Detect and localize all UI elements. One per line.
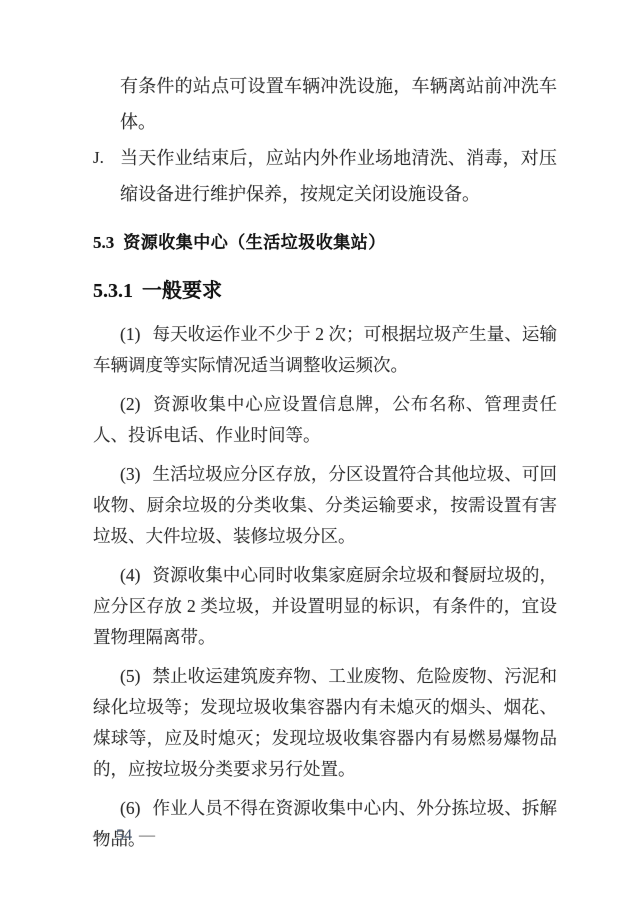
section-heading: 5.3资源收集中心（生活垃圾收集站） — [93, 231, 557, 255]
list-item-text: 当天作业结束后，应站内外作业场地清洗、消毒，对压缩设备进行维护保养，按规定关闭设… — [120, 148, 557, 204]
page-content: 有条件的站点可设置车辆冲洗设施，车辆离站前冲洗车体。 J. 当天作业结束后，应站… — [93, 68, 557, 855]
section-number: 5.3 — [93, 233, 114, 252]
paragraph-text: 作业人员不得在资源收集中心内、外分拣垃圾、拆解物品。 — [93, 798, 557, 849]
paragraph-text: 资源收集中心同时收集家庭厨余垃圾和餐厨垃圾的，应分区存放 2 类垃圾，并设置明显… — [93, 565, 557, 647]
paragraph-text: 每天收运作业不少于 2 次；可根据垃圾产生量、运输车辆调度等实际情况适当调整收运… — [93, 324, 557, 375]
section-title: 资源收集中心（生活垃圾收集站） — [123, 233, 386, 252]
subsection-number: 5.3.1 — [93, 280, 133, 302]
paragraph-number: (1) — [120, 324, 140, 344]
numbered-paragraph-6: (6)作业人员不得在资源收集中心内、外分拣垃圾、拆解物品。 — [93, 793, 557, 855]
list-item-j: J. 当天作业结束后，应站内外作业场地清洗、消毒，对压缩设备进行维护保养，按规定… — [93, 140, 557, 212]
paragraph-text: 资源收集中心应设置信息牌，公布名称、管理责任人、投诉电话、作业时间等。 — [93, 394, 557, 445]
page-footer: —54— — [93, 825, 155, 847]
page-number: 54 — [116, 827, 132, 844]
document-page: 有条件的站点可设置车辆冲洗设施，车辆离站前冲洗车体。 J. 当天作业结束后，应站… — [0, 0, 636, 900]
numbered-paragraph-5: (5)禁止收运建筑废弃物、工业废物、危险废物、污泥和绿化垃圾等；发现垃圾收集容器… — [93, 661, 557, 785]
list-item-label: J. — [93, 140, 104, 176]
paragraph-number: (2) — [120, 394, 140, 414]
paragraph-text: 禁止收运建筑废弃物、工业废物、危险废物、污泥和绿化垃圾等；发现垃圾收集容器内有未… — [93, 666, 557, 779]
numbered-paragraph-2: (2)资源收集中心应设置信息牌，公布名称、管理责任人、投诉电话、作业时间等。 — [93, 389, 557, 451]
numbered-paragraph-4: (4)资源收集中心同时收集家庭厨余垃圾和餐厨垃圾的，应分区存放 2 类垃圾，并设… — [93, 560, 557, 653]
footer-dash-left: — — [93, 827, 109, 844]
paragraph-number: (5) — [120, 666, 140, 686]
numbered-paragraph-1: (1)每天收运作业不少于 2 次；可根据垃圾产生量、运输车辆调度等实际情况适当调… — [93, 319, 557, 381]
paragraph-number: (6) — [120, 798, 140, 818]
subsection-title: 一般要求 — [142, 280, 222, 302]
subsection-heading: 5.3.1一般要求 — [93, 277, 557, 305]
numbered-paragraph-3: (3)生活垃圾应分区存放，分区设置符合其他垃圾、可回收物、厨余垃圾的分类收集、分… — [93, 459, 557, 552]
paragraph-number: (3) — [120, 464, 140, 484]
paragraph-number: (4) — [120, 565, 140, 585]
footer-dash-right: — — [139, 827, 155, 844]
paragraph-continuation: 有条件的站点可设置车辆冲洗设施，车辆离站前冲洗车体。 — [93, 68, 557, 140]
paragraph-text: 生活垃圾应分区存放，分区设置符合其他垃圾、可回收物、厨余垃圾的分类收集、分类运输… — [93, 464, 557, 546]
